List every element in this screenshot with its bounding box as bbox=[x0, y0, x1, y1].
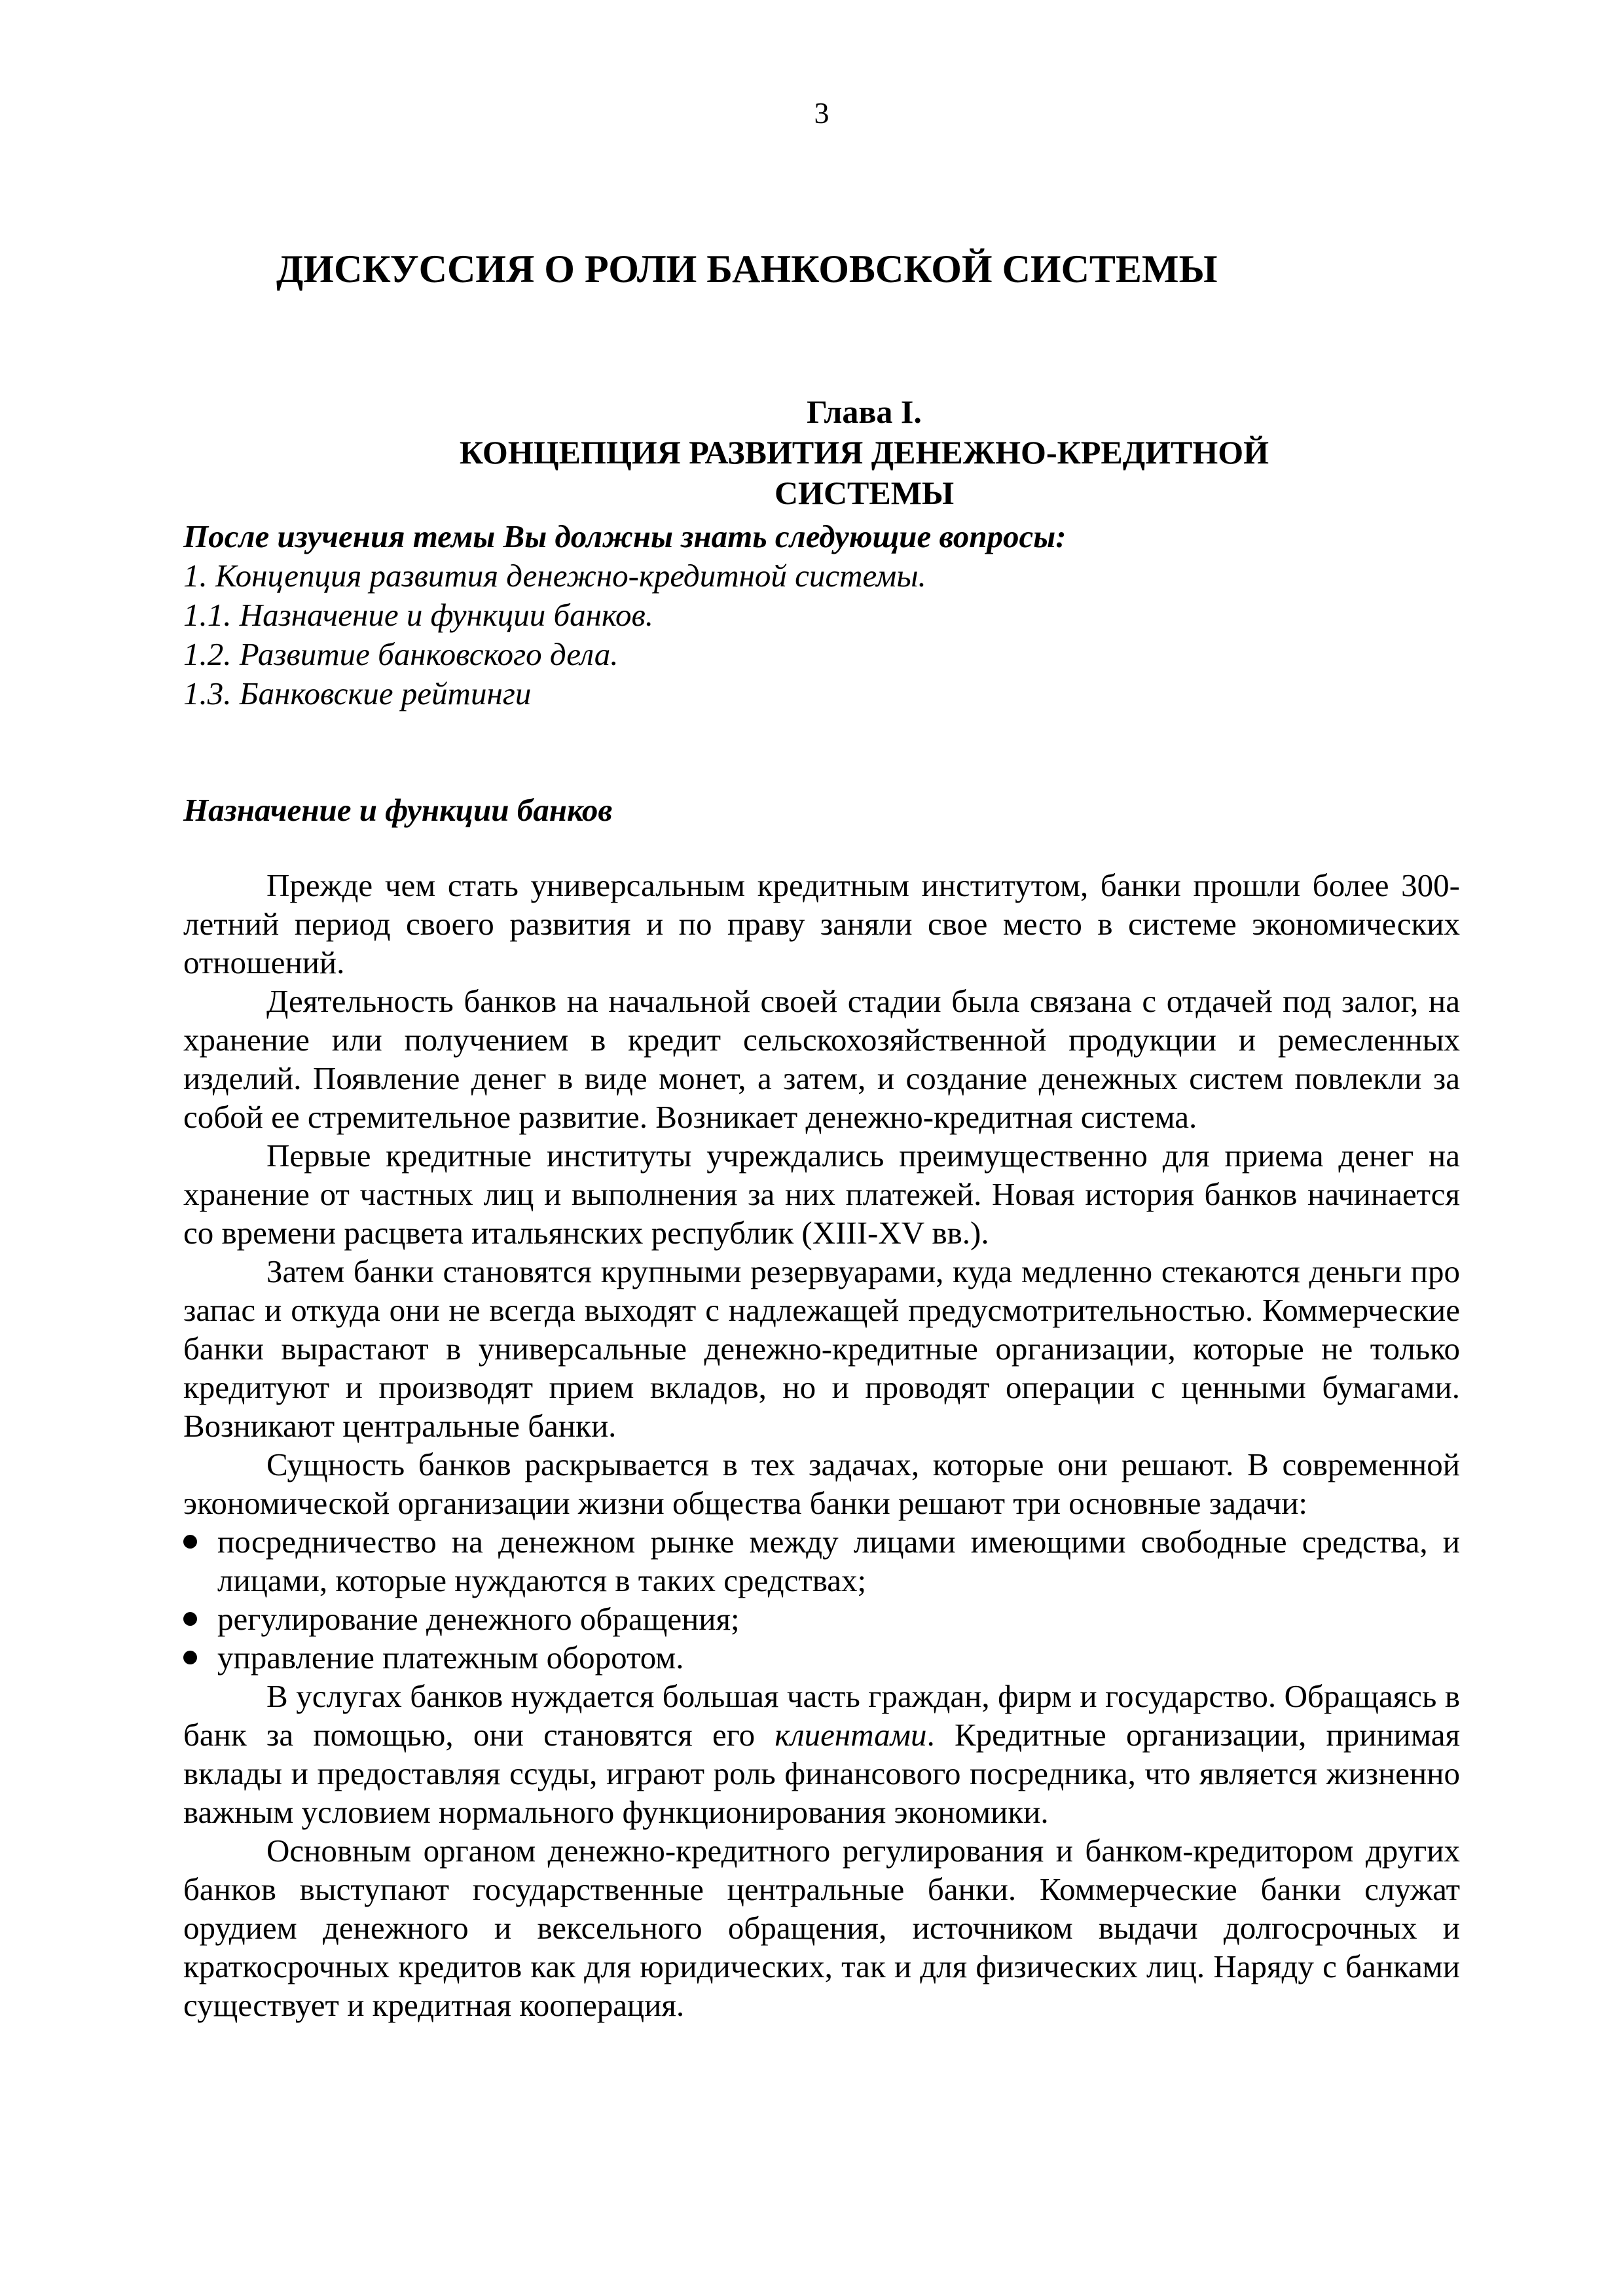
document-title: ДИСКУССИЯ О РОЛИ БАНКОВСКОЙ СИСТЕМЫ bbox=[276, 246, 1460, 292]
chapter-heading: Глава I. КОНЦЕПЦИЯ РАЗВИТИЯ ДЕНЕЖНО-КРЕД… bbox=[268, 391, 1460, 513]
bullet-item: управление платежным оборотом. bbox=[183, 1638, 1460, 1677]
paragraph-text: Затем банки становятся крупными резервуа… bbox=[183, 1253, 1460, 1444]
toc-item: 1.2. Развитие банковского дела. bbox=[183, 635, 1460, 674]
paragraph: Деятельность банков на начальной своей с… bbox=[183, 982, 1460, 1136]
chapter-kicker: Глава I. bbox=[268, 391, 1460, 432]
toc-item: 1.3. Банковские рейтинги bbox=[183, 674, 1460, 713]
chapter-title-line2: СИСТЕМЫ bbox=[268, 473, 1460, 513]
bullet-list: посредничество на денежном рынке между л… bbox=[183, 1522, 1460, 1677]
chapter-title-line1: КОНЦЕПЦИЯ РАЗВИТИЯ ДЕНЕЖНО-КРЕДИТНОЙ bbox=[268, 432, 1460, 473]
paragraph-text: Деятельность банков на начальной своей с… bbox=[183, 983, 1460, 1135]
paragraph-text: Первые кредитные институты учреждались п… bbox=[183, 1138, 1460, 1251]
paragraph: Основным органом денежно-кредитного регу… bbox=[183, 1831, 1460, 2024]
bullet-item: регулирование денежного обращения; bbox=[183, 1600, 1460, 1638]
paragraph-text: Основным органом денежно-кредитного регу… bbox=[183, 1833, 1460, 2023]
toc-list: 1. Концепция развития денежно-кредитной … bbox=[183, 556, 1460, 713]
emphasized-term: клиентами bbox=[775, 1717, 926, 1753]
bullet-text: управление платежным оборотом. bbox=[217, 1640, 684, 1676]
bullet-text: регулирование денежного обращения; bbox=[217, 1601, 740, 1637]
bullet-icon bbox=[183, 1651, 197, 1664]
paragraph: Сущность банков раскрывается в тех задач… bbox=[183, 1445, 1460, 1522]
toc-item: 1.1. Назначение и функции банков. bbox=[183, 596, 1460, 635]
section-heading: Назначение и функции банков bbox=[183, 791, 1460, 830]
paragraph-text: Прежде чем стать универсальным кредитным… bbox=[183, 867, 1460, 980]
study-questions-lead: После изучения темы Вы должны знать след… bbox=[183, 517, 1460, 556]
bullet-icon bbox=[183, 1535, 197, 1549]
document-page: 3 ДИСКУССИЯ О РОЛИ БАНКОВСКОЙ СИСТЕМЫ Гл… bbox=[0, 0, 1623, 2296]
page-number: 3 bbox=[183, 97, 1460, 130]
bullet-text: посредничество на денежном рынке между л… bbox=[217, 1524, 1460, 1598]
toc-item: 1. Концепция развития денежно-кредитной … bbox=[183, 556, 1460, 596]
paragraph: Затем банки становятся крупными резервуа… bbox=[183, 1252, 1460, 1445]
body-blocks: Прежде чем стать универсальным кредитным… bbox=[183, 866, 1460, 2024]
paragraph: Первые кредитные институты учреждались п… bbox=[183, 1136, 1460, 1252]
bullet-item: посредничество на денежном рынке между л… bbox=[183, 1522, 1460, 1600]
paragraph: Прежде чем стать универсальным кредитным… bbox=[183, 866, 1460, 982]
paragraph: В услугах банков нуждается большая часть… bbox=[183, 1677, 1460, 1831]
paragraph-text: Сущность банков раскрывается в тех задач… bbox=[183, 1446, 1460, 1521]
bullet-icon bbox=[183, 1612, 197, 1626]
